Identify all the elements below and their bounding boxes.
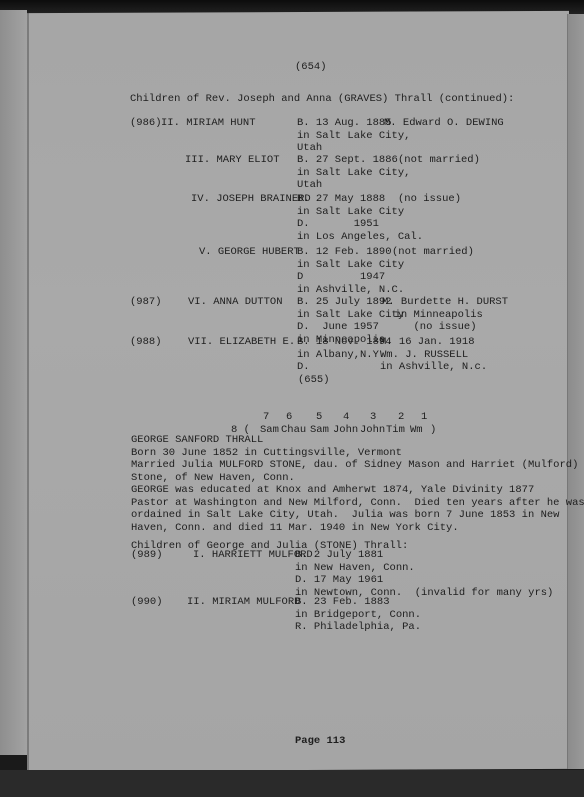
generation-number: 6 <box>286 411 292 424</box>
entry-notes: M. 16 Jan. 1918Wm. J. RUSSELLin Ashville… <box>380 336 487 374</box>
entry-details: B. 12 Feb. 1890in Salt Lake CityD 1947in… <box>297 246 404 296</box>
entry-notes: (not married) <box>392 246 474 259</box>
biography: GEORGE SANFORD THRALLBorn 30 June 1852 i… <box>131 434 584 534</box>
scan-right-margin <box>567 14 584 769</box>
entry-details: B. 27 Sept. 1886in Salt Lake City,Utah <box>297 154 410 192</box>
entry-id: (987) <box>130 296 162 309</box>
top-page-number: (654) <box>295 61 327 74</box>
entry-notes: M. Edward O. DEWING <box>384 117 504 130</box>
generation-number: 1 <box>421 411 427 424</box>
entry-notes: (no issue) <box>398 193 461 206</box>
entry-id: (990) <box>131 596 163 609</box>
entry-name: II. MIRIAM HUNT <box>161 117 256 130</box>
entry-id: (989) <box>131 549 163 562</box>
generation-number: 5 <box>316 411 322 424</box>
biography-line: Stone, of New Haven, Conn. <box>131 472 584 485</box>
entry-notes: (not married) <box>398 154 480 167</box>
biography-line: Born 30 June 1852 in Cuttingsville, Verm… <box>131 447 584 460</box>
biography-line: Pastor at Washington and New Milford, Co… <box>131 497 584 510</box>
entry-notes: M. Burdette H. DURST in Minneapolis (no … <box>382 296 508 334</box>
entry-details: B. 2 July 1881in New Haven, Conn.D. 17 M… <box>295 549 553 599</box>
entry-name: III. MARY ELIOT <box>185 154 280 167</box>
generation-number: 7 <box>263 411 269 424</box>
generation-number: 2 <box>398 411 404 424</box>
entry-id: (988) <box>130 336 162 349</box>
entry-id: (986) <box>130 117 162 130</box>
entry-name: VI. ANNA DUTTON <box>188 296 283 309</box>
generation-number: 4 <box>343 411 349 424</box>
biography-line: Married Julia MULFORD STONE, dau. of Sid… <box>131 459 584 472</box>
middle-page-number: (655) <box>298 374 330 387</box>
page-footer: Page 113 <box>295 735 345 748</box>
biography-line: Haven, Conn. and died 11 Mar. 1940 in Ne… <box>131 522 584 535</box>
generation-number: 3 <box>370 411 376 424</box>
biography-line: ordained in Salt Lake City, Utah. Julia … <box>131 509 584 522</box>
entry-name: VII. ELIZABETH E. <box>188 336 295 349</box>
entry-name: V. GEORGE HUBERT <box>199 246 300 259</box>
section1-heading: Children of Rev. Joseph and Anna (GRAVES… <box>130 93 514 106</box>
scan-left-margin <box>0 10 27 755</box>
scan-bottom-edge <box>0 770 584 797</box>
biography-line: GEORGE SANFORD THRALL <box>131 434 584 447</box>
entry-details: B. 23 Feb. 1883in Bridgeport, Conn.R. Ph… <box>295 596 421 634</box>
entry-name: IV. JOSEPH BRAINERD <box>191 193 311 206</box>
entry-details: B. 18 Nov. 1894in Albany,N.Y.D. <box>297 336 392 374</box>
biography-line: GEORGE was educated at Knox and Amherwt … <box>131 484 584 497</box>
entry-name: II. MIRIAM MULFORD <box>187 596 300 609</box>
